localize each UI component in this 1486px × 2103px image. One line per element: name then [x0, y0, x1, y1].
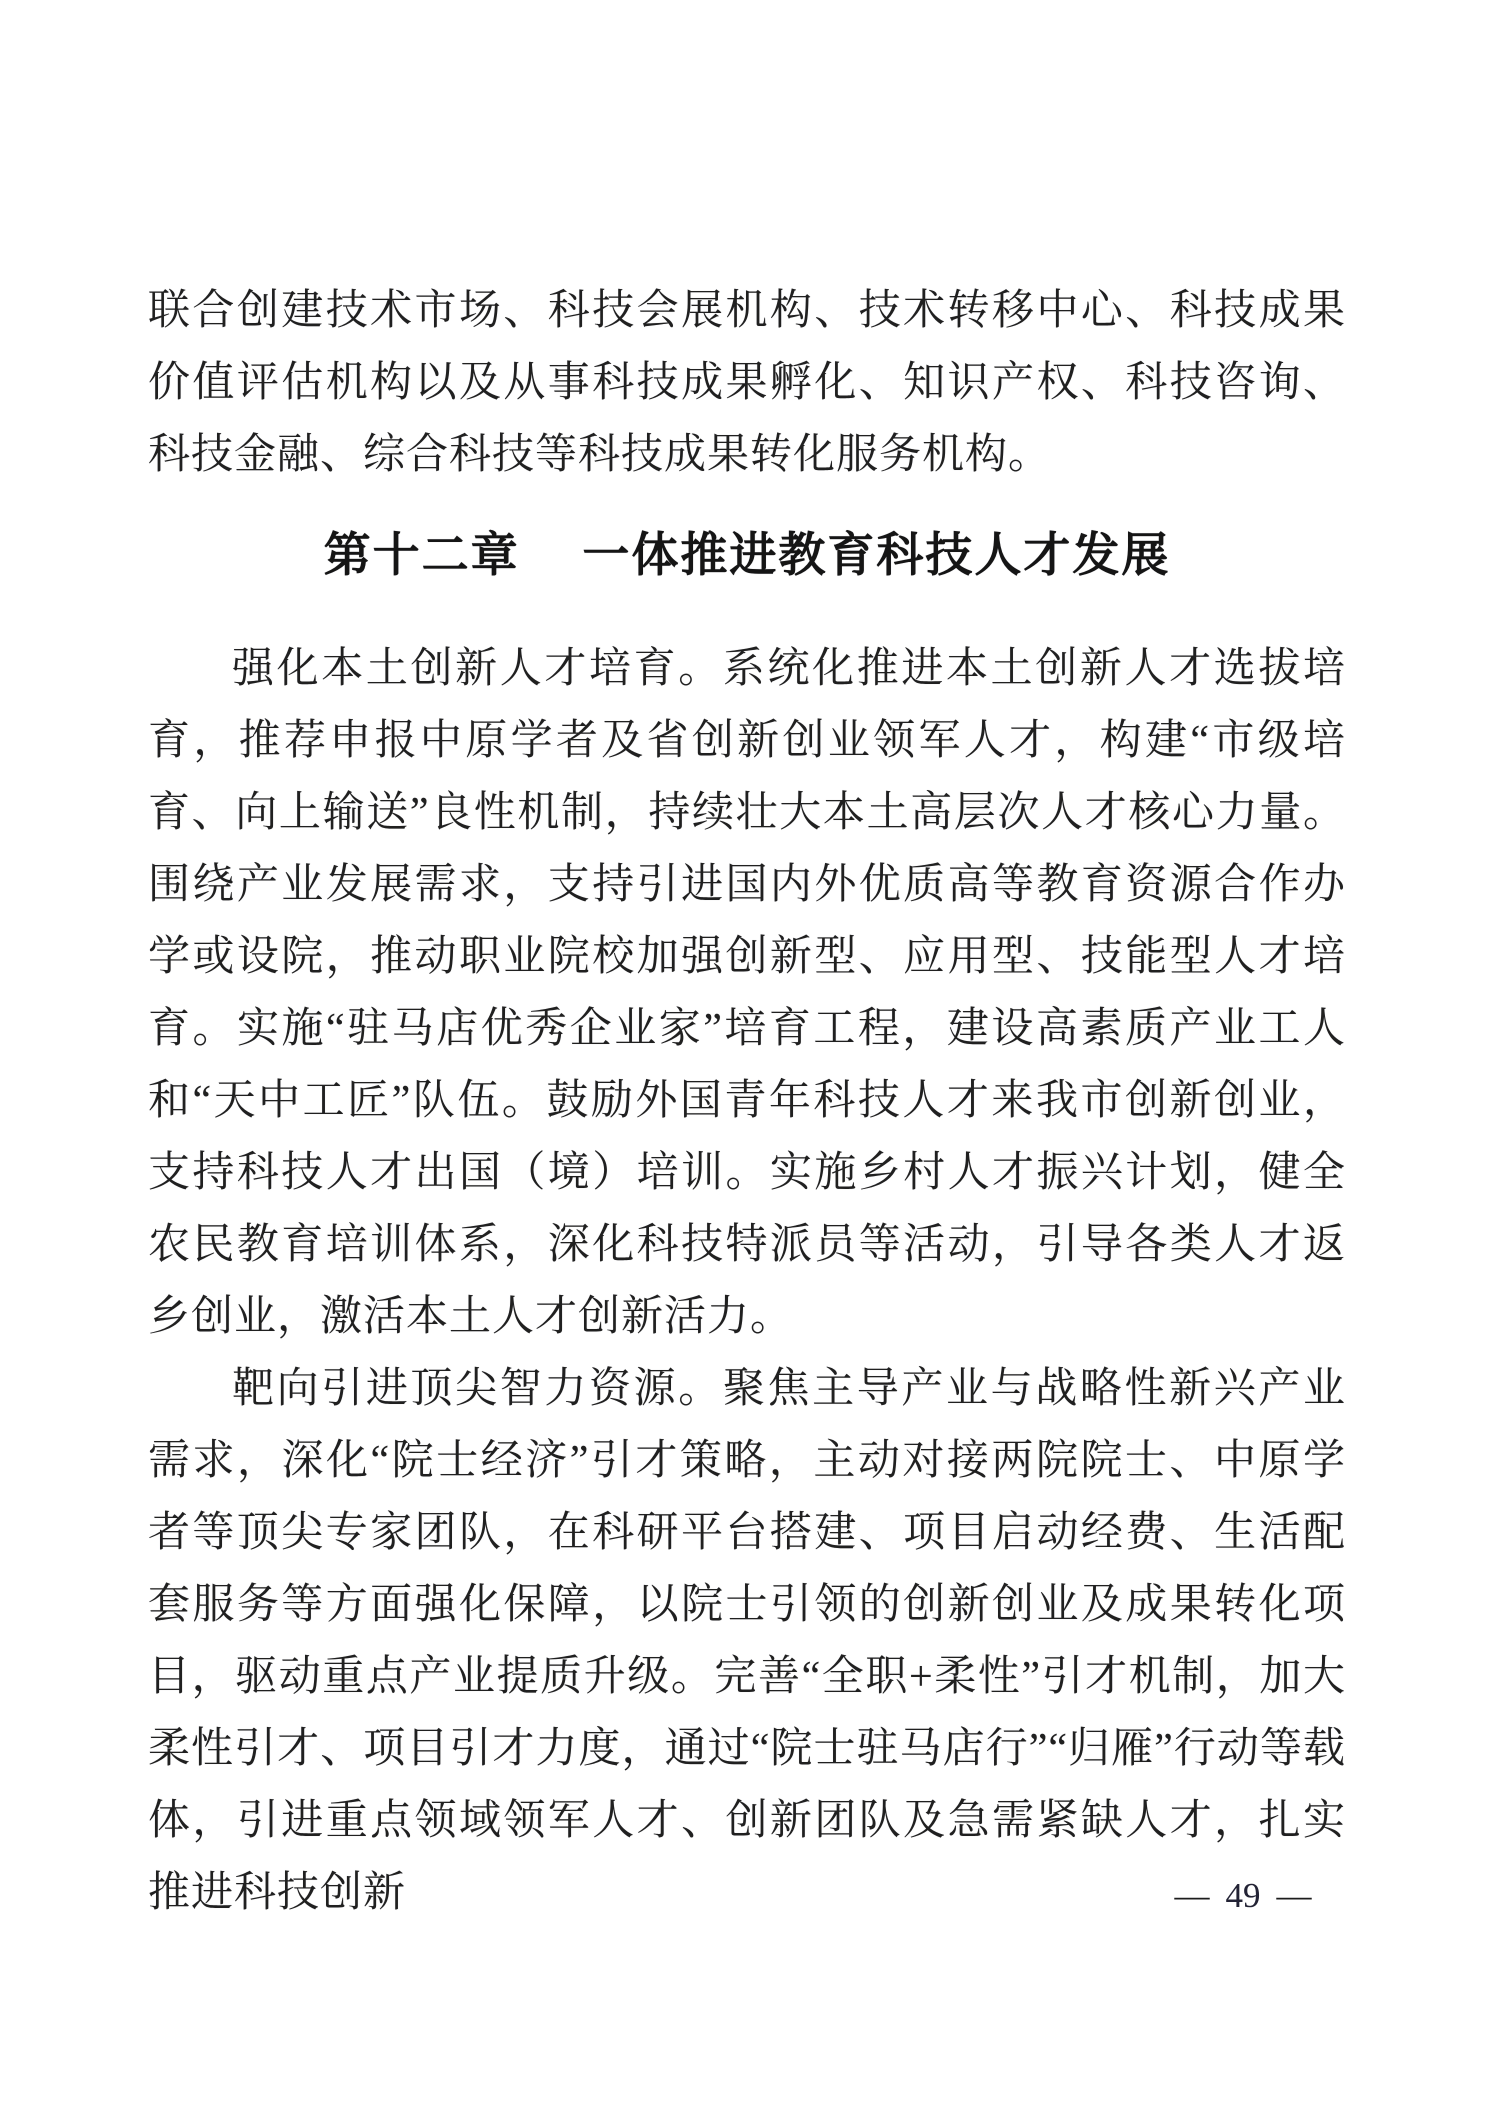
- paragraph-top-talent-introduction: 靶向引进顶尖智力资源。聚焦主导产业与战略性新兴产业需求，深化“院士经济”引才策略…: [148, 1353, 1346, 1929]
- page-number-right-dash: —: [1277, 1876, 1312, 1915]
- paragraph-local-talent-cultivation: 强化本土创新人才培育。系统化推进本土创新人才选拔培育，推荐申报中原学者及省创新创…: [148, 633, 1346, 1353]
- page-number-left-dash: —: [1175, 1876, 1210, 1915]
- page-number-footer: —49—: [1118, 1874, 1368, 1918]
- chapter-heading: 第十二章 一体推进教育科技人才发展: [148, 526, 1346, 586]
- page-number: 49: [1226, 1876, 1261, 1915]
- document-page: 联合创建技术市场、科技会展机构、技术转移中心、科技成果价值评估机构以及从事科技成…: [0, 0, 1486, 2103]
- page-content: 联合创建技术市场、科技会展机构、技术转移中心、科技成果价值评估机构以及从事科技成…: [148, 0, 1346, 1929]
- paragraph-continuation: 联合创建技术市场、科技会展机构、技术转移中心、科技成果价值评估机构以及从事科技成…: [148, 275, 1346, 491]
